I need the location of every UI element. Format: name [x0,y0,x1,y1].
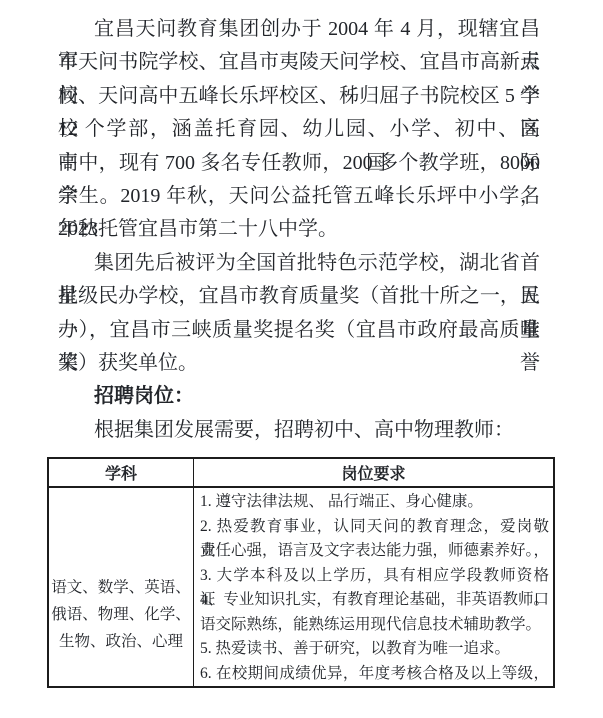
table-subject-cell: 语文、数学、英语、俄语、物理、化学、生物、政治、心理 [49,488,194,686]
text-line: 学生。2019 年秋，天问公益托管五峰长乐坪中小学，2023 [58,180,540,213]
document-page: 宜昌天问教育集团创办于 2004 年 4 月，现辖宜昌市点军天问书院学校、宜昌市… [0,0,603,718]
requirement-line: 2. 热爱教育事业，认同天问的教育理念，爱岗敬业， [200,515,549,540]
text-line: 根据集团发展需要，招聘初中、高中物理教师： [58,414,540,447]
subject-line: 生物、政治、心理 [49,628,193,655]
text-line: 年秋托管宜昌市第二十八中学。 [58,213,540,246]
paragraph: 根据集团发展需要，招聘初中、高中物理教师： [58,414,540,447]
table-requirements-cell: 1. 遵守法律法规、 品行端正、身心健康。2. 热爱教育事业，认同天问的教育理念… [194,488,553,686]
text-line: 12 个学部，涵盖托育园、幼儿园、小学、初中、高中、国际 [58,113,540,146]
requirement-line: 1. 遵守法律法规、 品行端正、身心健康。 [200,490,549,515]
table-header-subject: 学科 [49,459,194,486]
text-line: 一），宜昌市三峡质量奖提名奖（宜昌市政府最高质量荣誉 [58,314,540,347]
requirement-line: 4、专业知识扎实，有教育理论基础，非英语教师口 [200,588,549,613]
requirement-line: 5. 热爱读书、善于研究，以教育为唯一追求。 [200,637,549,662]
paragraph: 招聘岗位： [58,380,540,413]
requirement-line: 责任心强，语言及文字表达能力强，师德素养好。 [200,539,549,564]
text-line: 集团先后被评为全国首批特色示范学校，湖北省首批五 [58,247,540,280]
text-line: 军天问书院学校、宜昌市夷陵天问学校、宜昌市高新天问学 [58,46,540,79]
text-line: 高中，现有 700 多名专任教师，200 多个教学班，8000 余名 [58,147,540,180]
text-line: 校、天问高中五峰长乐坪校区、秭归屈子书院校区 5 个校区 [58,80,540,113]
requirement-line: 3. 大学本科及以上学历，具有相应学段教师资格证。 [200,564,549,589]
subject-line: 俄语、物理、化学、 [49,601,193,628]
table-header-requirements: 岗位要求 [194,459,553,486]
recruitment-table: 学科 岗位要求 语文、数学、英语、俄语、物理、化学、生物、政治、心理 1. 遵守… [47,457,555,688]
subject-line: 语文、数学、英语、 [49,574,193,601]
text-line: 星级民办学校，宜昌市教育质量奖（首批十所之一，民办唯 [58,280,540,313]
paragraph: 宜昌天问教育集团创办于 2004 年 4 月，现辖宜昌市点军天问书院学校、宜昌市… [58,13,540,247]
requirement-line: 6. 在校期间成绩优异，年度考核合格及以上等级， [200,662,549,687]
intro-text: 宜昌天问教育集团创办于 2004 年 4 月，现辖宜昌市点军天问书院学校、宜昌市… [58,13,540,447]
table-body-row: 语文、数学、英语、俄语、物理、化学、生物、政治、心理 1. 遵守法律法规、 品行… [49,488,553,686]
table-header-row: 学科 岗位要求 [49,459,553,488]
text-line: 招聘岗位： [58,380,540,413]
paragraph: 集团先后被评为全国首批特色示范学校，湖北省首批五星级民办学校，宜昌市教育质量奖（… [58,247,540,381]
requirement-line: 语交际熟练，能熟练运用现代信息技术辅助教学。 [200,613,549,638]
text-line: 宜昌天问教育集团创办于 2004 年 4 月，现辖宜昌市点 [58,13,540,46]
